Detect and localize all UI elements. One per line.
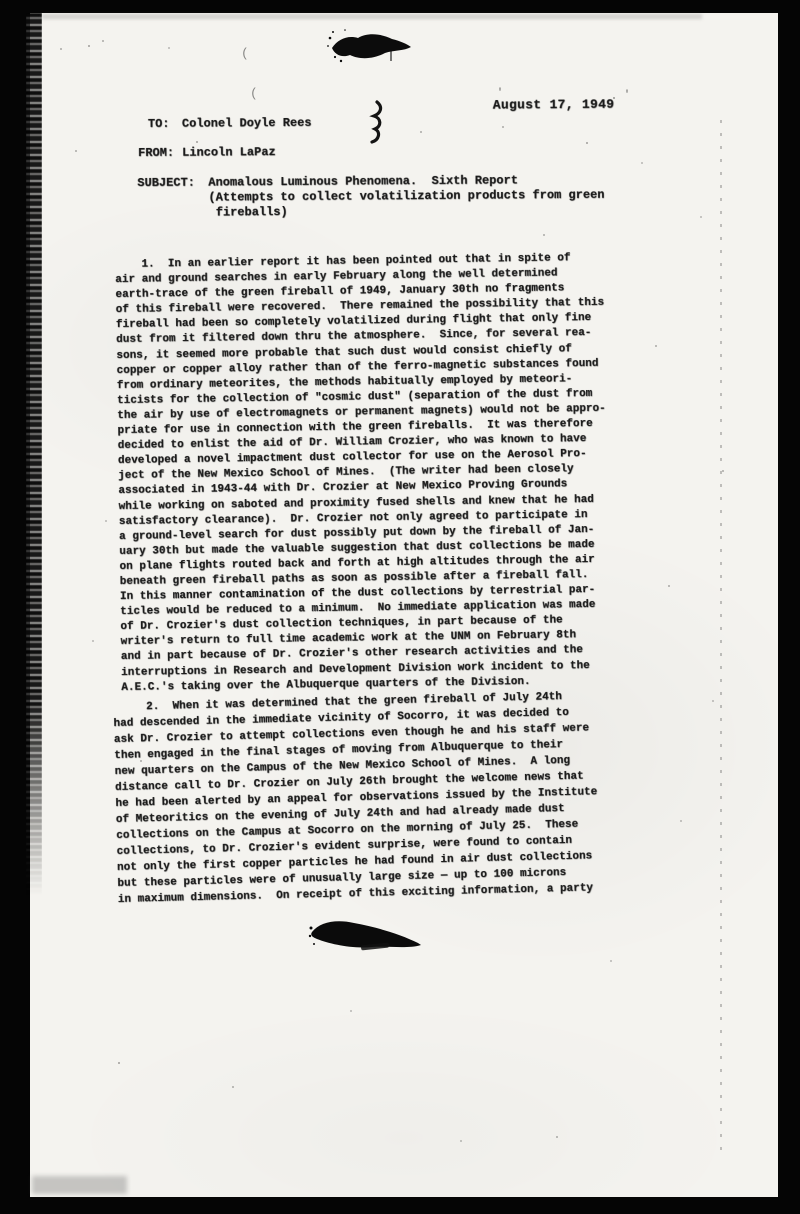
ink-squiggle-icon xyxy=(364,100,386,144)
scanned-memo: August 17, 1949 TO:Colonel Doyle Rees FR… xyxy=(0,0,800,1214)
from-value: Lincoln LaPaz xyxy=(182,145,276,160)
paragraph-2: 2. When it was determined that the green… xyxy=(113,688,600,908)
to-value: Colonel Doyle Rees xyxy=(182,116,312,131)
stray-tick-mark: ' xyxy=(497,88,503,99)
memo-from-row: FROM:Lincoln LaPaz xyxy=(138,145,276,161)
scan-noise-specks xyxy=(0,0,2,2)
subject-text: Anomalous Luminous Phenomena. Sixth Repo… xyxy=(208,173,604,221)
corner-smudge xyxy=(32,1176,127,1194)
memo-page: August 17, 1949 TO:Colonel Doyle Rees FR… xyxy=(30,13,778,1197)
stray-tick-mark: ' xyxy=(624,90,630,101)
pencil-mark: ( xyxy=(241,46,249,61)
memo-subject-row: SUBJECT:Anomalous Luminous Phenomena. Si… xyxy=(137,173,604,221)
pencil-mark: ( xyxy=(250,86,258,101)
from-label: FROM: xyxy=(138,146,182,161)
memo-to-row: TO:Colonel Doyle Rees xyxy=(148,116,312,132)
scan-top-shade xyxy=(42,14,702,19)
scan-left-edge-texture xyxy=(26,13,42,895)
paragraph-1: 1. In an earlier report it has been poin… xyxy=(115,251,610,696)
to-label: TO: xyxy=(148,117,182,132)
ink-smudge-top-icon xyxy=(326,28,414,66)
scan-fold-line xyxy=(720,120,722,1150)
subject-label: SUBJECT: xyxy=(137,176,208,191)
ink-smudge-bottom-icon xyxy=(308,916,424,956)
memo-date: August 17, 1949 xyxy=(493,97,615,113)
